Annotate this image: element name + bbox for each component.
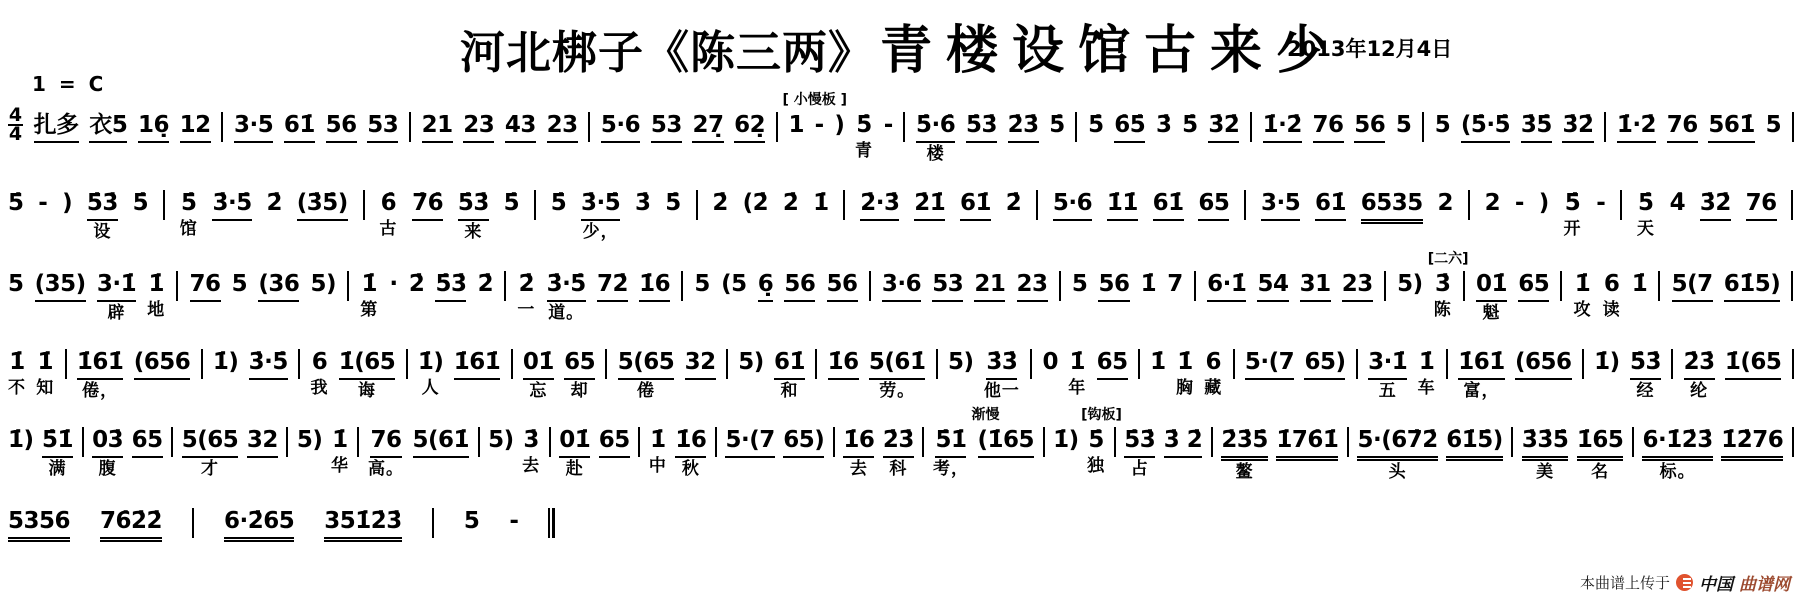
note-group: 5̇·6̇: [916, 110, 955, 143]
note-group: 5̇: [181, 188, 197, 218]
note-group: (3̇5̇): [297, 188, 348, 221]
lyric-syllable: 鳌: [1236, 461, 1254, 483]
note-group: 2̇: [712, 188, 728, 218]
note-group: -: [1596, 188, 1605, 218]
lyric-syllable: 楼: [927, 143, 945, 165]
note-cell: 3̇: [1156, 110, 1172, 162]
note-group: 1̇61̇: [454, 347, 501, 380]
note-cell: 53: [651, 110, 682, 165]
note-cell: 65: [1097, 347, 1128, 402]
tempo-annotation: [钩板]: [1081, 404, 1122, 424]
note-group: 5·(7: [1245, 347, 1294, 380]
note-cell: 56: [1098, 269, 1129, 324]
note-group: 4̇: [1670, 188, 1686, 218]
note-group: 01̇: [1476, 269, 1507, 302]
note-group: 5(61̇: [413, 425, 470, 458]
lyric-syllable: 富，: [1463, 380, 1499, 402]
system-5: 1̇)5̇1̇满03̇腹655(65才325)1̇华76高。5(61̇5)3̇去…: [8, 407, 1794, 483]
barline: [171, 427, 173, 457]
note-cell: 3·5: [1261, 188, 1300, 243]
note-group: -: [1515, 188, 1524, 218]
note-group: 2̇1̇: [914, 188, 945, 221]
lyric-syllable: 去: [522, 455, 540, 477]
lyric-syllable: 少，: [583, 221, 619, 243]
barline: [1059, 271, 1061, 301]
barline: [833, 427, 835, 457]
barline: [1792, 112, 1794, 142]
system-1: 44扎多衣516̣123·561̇5653212343235·65327̣62̣…: [8, 92, 1794, 165]
note-group: 23: [463, 110, 494, 143]
note-group: 1̇): [1594, 347, 1620, 377]
note-group: 23: [1017, 269, 1048, 302]
note-group: 61̇: [284, 110, 315, 143]
note-group: 5̇: [1049, 110, 1065, 140]
note-cell: 3̇·5̇道。: [547, 269, 586, 324]
note-cell: 03̇腹: [92, 425, 123, 480]
lyric-syllable: 五: [1379, 380, 1397, 402]
note-cell: 56: [827, 269, 858, 324]
note-cell: (5̇·5̇: [1461, 110, 1510, 165]
note-group: 5̇: [665, 188, 681, 218]
note-group: 72̇: [597, 269, 628, 302]
note-cell: -: [509, 506, 518, 558]
lyric-syllable: 魁: [1483, 302, 1501, 324]
note-cell: (656: [1515, 347, 1572, 402]
note-group: 5): [297, 425, 323, 455]
barline: [511, 349, 513, 379]
note-cell: 1̇年: [1068, 347, 1086, 399]
note-cell: 351̇2̇3̇: [324, 506, 402, 564]
note-group: 5̇3̇: [435, 269, 466, 302]
note-group: 1̇): [8, 425, 34, 455]
note-group: 1̇61̇: [1458, 347, 1505, 380]
lyric-syllable: 独: [1087, 455, 1105, 477]
note-cell: 5): [310, 269, 336, 321]
barline: [1582, 349, 1584, 379]
barline: [843, 190, 845, 220]
note-group: 6535: [1361, 188, 1423, 224]
note-group: ·: [389, 269, 397, 299]
note-group: 76: [1746, 188, 1777, 221]
note-group: 61̇: [774, 347, 805, 380]
note-group: 65): [1304, 347, 1345, 380]
note-cell: 1̇地: [147, 269, 165, 321]
note-cell: 1̇: [1141, 269, 1157, 321]
note-group: 65: [1198, 188, 1229, 221]
note-group: 76: [370, 425, 401, 458]
note-cell: 53: [932, 269, 963, 324]
barline: [1632, 427, 1634, 457]
barline: [534, 190, 536, 220]
note-group: 76: [1313, 110, 1344, 143]
barline: [638, 427, 640, 457]
note-cell: 2̇1̇: [914, 188, 945, 243]
note-group: 2̇3̇5̇: [1221, 425, 1268, 461]
barline: [432, 508, 434, 538]
note-group: 5): [310, 269, 336, 299]
note-group: 6·2̇65: [224, 506, 294, 542]
barline: [696, 190, 698, 220]
barline: [936, 349, 938, 379]
lyric-syllable: 才: [201, 458, 219, 480]
note-cell: 6藏: [1204, 347, 1222, 399]
note-cell: 01̇忘: [523, 347, 554, 402]
note-cell: (2̇: [743, 188, 769, 240]
note-cell: 5(65才: [182, 425, 239, 480]
note-group: 3̇: [1156, 110, 1172, 140]
note-group: 1̇: [1632, 269, 1648, 299]
note-group: 43: [505, 110, 536, 143]
note-group: 16̣: [138, 110, 169, 143]
note-group: 1̇): [418, 347, 444, 377]
note-cell: 1̇6秋: [675, 425, 706, 480]
note-group: 3̇: [523, 425, 539, 455]
barline: [1463, 271, 1465, 301]
note-cell: ): [62, 188, 72, 240]
note-cell: 3·6: [882, 269, 921, 324]
note-group: 5356: [8, 506, 70, 542]
system-6: 535676̇2̇2̇6·2̇65351̇2̇3̇5-: [8, 488, 568, 564]
note-cell: 561̇: [1708, 110, 1755, 165]
note-group: 5̇: [1088, 110, 1104, 140]
note-cell: 6·2̇65: [224, 506, 294, 564]
barline: [1036, 190, 1038, 220]
note-cell: 6̇1̇5̇): [1446, 425, 1503, 483]
note-cell: 12: [180, 110, 211, 165]
note-group: -: [884, 110, 893, 140]
note-cell: 2̇3̇纶: [1684, 347, 1715, 402]
note-group: 56: [1354, 110, 1385, 143]
note-cell: 1̇不: [8, 347, 26, 399]
note-cell: 1̇: [1150, 347, 1166, 399]
qupu-site-logo-icon: [1676, 574, 1693, 591]
barline: [1620, 190, 1622, 220]
note-cell: 5̇: [551, 188, 567, 240]
note-cell: 3̇·5̇: [212, 188, 251, 243]
lyric-syllable: 和: [781, 380, 799, 402]
note-cell: 76: [1746, 188, 1777, 243]
tempo-annotation: [二六]: [1428, 248, 1469, 268]
note-group: 1̇65: [1577, 425, 1624, 461]
note-cell: 23: [1017, 269, 1048, 324]
note-group: 7̇6̇: [412, 188, 443, 221]
lyric-syllable: 诲: [358, 380, 376, 402]
note-cell: 5̇3̇来: [458, 188, 489, 243]
note-cell: 4̇: [1670, 188, 1686, 240]
note-group: 1̇: [38, 347, 54, 377]
barline: [1250, 112, 1252, 142]
note-cell: 23: [1342, 269, 1373, 324]
note-cell: 1̇第: [360, 269, 378, 321]
note-cell: 56: [326, 110, 357, 165]
note-cell: 5̇青: [855, 110, 873, 162]
note-cell: 2̇3̇: [1008, 110, 1039, 165]
note-group: 5̇3̇: [1630, 347, 1661, 380]
note-cell: 5(65倦: [618, 347, 675, 402]
note-cell: 53: [367, 110, 398, 165]
note-cell: [钩板]5̇独: [1087, 425, 1105, 477]
note-cell: 5: [8, 269, 24, 321]
note-cell: 6·1̇: [1207, 269, 1246, 324]
note-cell: 5̇3̇: [435, 269, 466, 324]
note-cell: 5): [297, 425, 323, 477]
note-group: 21: [974, 269, 1005, 302]
time-signature: 44: [8, 108, 23, 142]
note-cell: 43: [505, 110, 536, 165]
note-group: 5): [1397, 269, 1423, 299]
lyric-syllable: 陈: [1434, 299, 1452, 321]
lyric-syllable: 一: [517, 299, 535, 321]
note-cell: [ 小慢板 ]1: [788, 110, 804, 162]
note-cell: 76高。: [368, 425, 404, 480]
note-cell: 5): [738, 347, 764, 399]
barline: [1384, 271, 1386, 301]
note-cell: 1̇)人: [418, 347, 444, 399]
note-group: (1̇65: [978, 425, 1035, 458]
note-cell: 1̇胸: [1176, 347, 1194, 399]
barline: [903, 112, 905, 142]
note-cell: 5: [464, 506, 480, 558]
note-group: 61̇: [960, 188, 991, 221]
note-group: 1̇6: [828, 347, 859, 380]
note-group: 1̇: [1177, 347, 1193, 377]
lyric-syllable: 馆: [180, 218, 198, 240]
note-group: 3·1̇: [1368, 347, 1407, 380]
note-group: 3̇·5̇: [212, 188, 251, 221]
note-cell: 1̇6: [828, 347, 859, 402]
note-group: 1̇: [148, 269, 164, 299]
barline: [1791, 271, 1793, 301]
note-group: 53: [932, 269, 963, 302]
note-cell: 1̇(65: [1725, 347, 1782, 402]
note-cell: 5̇3̇经: [1630, 347, 1661, 402]
barline: [1030, 349, 1032, 379]
note-cell: 61̇5): [1724, 269, 1781, 324]
note-group: 2̇·3̇: [860, 188, 899, 221]
note-cell: 1̇华: [331, 425, 349, 477]
system-2: 5̇-)5̇3̇设5̇5̇馆3̇·5̇2̇(3̇5̇)6̇古7̇6̇5̇3̇来5…: [8, 170, 1794, 246]
note-group: 01̇: [559, 425, 590, 458]
note-group: 5̇: [1182, 110, 1198, 140]
note-cell: 1̇): [213, 347, 239, 399]
lyric-syllable: 第: [360, 299, 378, 321]
note-group: 1: [788, 110, 804, 140]
note-group: (2̇: [743, 188, 769, 218]
note-group: 5: [1396, 110, 1412, 140]
note-cell: 2̇·3̇: [860, 188, 899, 243]
barline: [504, 271, 506, 301]
barline: [1792, 349, 1794, 379]
note-group: 31: [1300, 269, 1331, 302]
note-group: 3·6: [882, 269, 921, 302]
lyric-syllable: 标。: [1660, 461, 1696, 483]
note-cell: 76̇2̇2̇: [100, 506, 162, 564]
note-cell: 5̇1̇满: [42, 425, 73, 480]
note-cell: 5·6: [1053, 188, 1092, 243]
note-cell: 2̇3̇5̇鳌: [1221, 425, 1268, 483]
note-group: 6̣: [758, 269, 774, 302]
lyric-syllable: 占: [1131, 458, 1149, 480]
lyric-syllable: 不: [8, 377, 26, 399]
note-cell: 3̇去: [522, 425, 540, 477]
note-cell: 32: [685, 347, 716, 402]
note-cell: 01̇魁: [1476, 269, 1507, 324]
note-group: 5̇: [133, 188, 149, 218]
lyric-syllable: 道。: [548, 302, 584, 324]
note-cell: 2̇: [478, 269, 494, 321]
note-cell: 7̇6̇: [412, 188, 443, 243]
note-group: 5: [1766, 110, 1782, 140]
note-group: 6̇: [381, 188, 397, 218]
note-group: ): [1539, 188, 1549, 218]
note-group: 56: [326, 110, 357, 143]
note-group: ): [62, 188, 72, 218]
note-group: 5·(67̇2̇: [1357, 425, 1437, 461]
note-group: 3̇: [635, 188, 651, 218]
lyric-syllable: 华: [331, 455, 349, 477]
note-cell: 渐慢(1̇65: [978, 425, 1035, 480]
note-cell: 2: [1438, 188, 1454, 240]
barline: [409, 112, 411, 142]
note-group: (5̇·5̇: [1461, 110, 1510, 143]
lyric-syllable: 腹: [99, 458, 117, 480]
note-cell: -: [815, 110, 824, 162]
barline: [1446, 349, 1448, 379]
note-group: 2̇: [409, 269, 425, 299]
note-cell: 56: [784, 269, 815, 324]
note-group: 54: [1257, 269, 1288, 302]
note-group: 5̇3̇: [1124, 425, 1155, 458]
note-group: (656: [1515, 347, 1572, 380]
note-cell: 76: [1667, 110, 1698, 165]
note-group: 5): [488, 425, 514, 455]
note-cell: 23: [547, 110, 578, 165]
note-cell: 3̇3̇5̇美: [1522, 425, 1569, 483]
note-cell: 5̇: [504, 188, 520, 240]
note-group: 2̇3̇: [1008, 110, 1039, 143]
lyric-syllable: 天: [1637, 218, 1655, 240]
barline: [221, 112, 223, 142]
barline: [549, 427, 551, 457]
note-group: 5(61̇: [869, 347, 926, 380]
barline: [357, 427, 359, 457]
note-group: 3̇5̇: [1521, 110, 1552, 143]
lyric-syllable: 开: [1563, 218, 1581, 240]
note-cell: 1̇车: [1418, 347, 1436, 399]
barline: [1791, 190, 1793, 220]
note-cell: 5·(67̇2̇头: [1357, 425, 1437, 483]
note-group: 1̇61̇: [77, 347, 124, 380]
barline: [65, 349, 67, 379]
note-cell: 5·6: [601, 110, 640, 165]
barline: [1356, 349, 1358, 379]
note-cell: 3·1̇辟: [97, 269, 136, 324]
note-group: ): [834, 110, 844, 140]
note-cell: 3̇·5̇少，: [581, 188, 620, 243]
lyric-syllable: 科: [889, 458, 907, 480]
lyric-syllable: 中: [649, 455, 667, 477]
note-group: 5: [232, 269, 248, 299]
barline: [298, 349, 300, 379]
barline: [1075, 112, 1077, 142]
lyric-syllable: 高。: [368, 458, 404, 480]
note-cell: ·: [389, 269, 397, 321]
note-cell: 5̇天: [1637, 188, 1655, 240]
note-group: -: [38, 188, 47, 218]
barline: [588, 112, 590, 142]
note-group: 1̇2̇76: [1721, 425, 1783, 461]
note-cell: 2̇一: [517, 269, 535, 321]
note-cell: 23: [463, 110, 494, 165]
note-group: 6: [1604, 269, 1620, 299]
note-cell: 5: [1766, 110, 1782, 162]
note-group: 1̇6: [843, 425, 874, 458]
note-cell: -: [1596, 188, 1605, 240]
note-cell: 32: [247, 425, 278, 480]
note-group: 0: [1042, 347, 1058, 377]
lyric-syllable: 考，: [933, 458, 969, 480]
note-group: 6̇1̇5̇): [1446, 425, 1503, 461]
note-cell: 衣5: [89, 110, 127, 165]
note-group: 3̇2̇: [1700, 188, 1731, 221]
note-group: 3̇3̇5̇: [1522, 425, 1569, 461]
lyric-syllable: 忘: [529, 380, 547, 402]
note-cell: 5): [948, 347, 974, 399]
note-group: 6: [312, 347, 328, 377]
note-cell: 2̇: [712, 188, 728, 240]
note-group: 衣5: [89, 110, 127, 143]
note-cell: 1̇: [1632, 269, 1648, 321]
barline: [347, 271, 349, 301]
sheet-music-page: { "header": { "title_prefix": "河北梆子《陈三两》…: [0, 0, 1802, 603]
note-group: 3̇·5̇: [547, 269, 586, 302]
note-cell: 5̇1̇考，: [933, 425, 969, 480]
barline: [869, 271, 871, 301]
note-cell: 5̇: [133, 188, 149, 240]
lyric-syllable: 年: [1068, 377, 1086, 399]
note-cell: 1̇): [1053, 425, 1079, 477]
note-group: 1̇: [813, 188, 829, 218]
note-group: 1̇(65: [339, 347, 396, 380]
note-group: 76: [1667, 110, 1698, 143]
note-group: 1̇6: [675, 425, 706, 458]
barline: [1604, 112, 1606, 142]
note-cell: 3̇: [635, 188, 651, 240]
note-group: 5̇: [551, 188, 567, 218]
note-cell: 1̇61̇: [454, 347, 501, 402]
page-title: 河北梆子《陈三两》青楼设馆古来少: [0, 8, 1802, 83]
watermark-footer: 本曲谱上传于 中国 曲谱网: [1580, 570, 1790, 595]
note-group: 61̇5): [1724, 269, 1781, 302]
note-cell: 2: [1485, 188, 1501, 240]
note-cell: 27̣: [692, 110, 723, 165]
note-group: 5(65: [182, 425, 239, 458]
note-cell: 1̇65名: [1577, 425, 1624, 483]
barline: [1511, 427, 1513, 457]
note-cell: 6̇古: [379, 188, 397, 240]
note-group: 5·6: [1053, 188, 1092, 221]
note-group: 1̇: [1150, 347, 1166, 377]
note-cell: -: [1515, 188, 1524, 240]
lyric-syllable: 青: [855, 140, 873, 162]
note-cell: 01̇赴: [559, 425, 590, 480]
note-cell: 5: [1072, 269, 1088, 321]
note-cell: 65): [1304, 347, 1345, 402]
note-cell: 1̇6: [639, 269, 670, 324]
note-cell: 3̇ 2̇: [1164, 425, 1203, 480]
note-cell: 5(61̇: [413, 425, 470, 480]
note-group: 3̇2̇: [1208, 110, 1239, 143]
